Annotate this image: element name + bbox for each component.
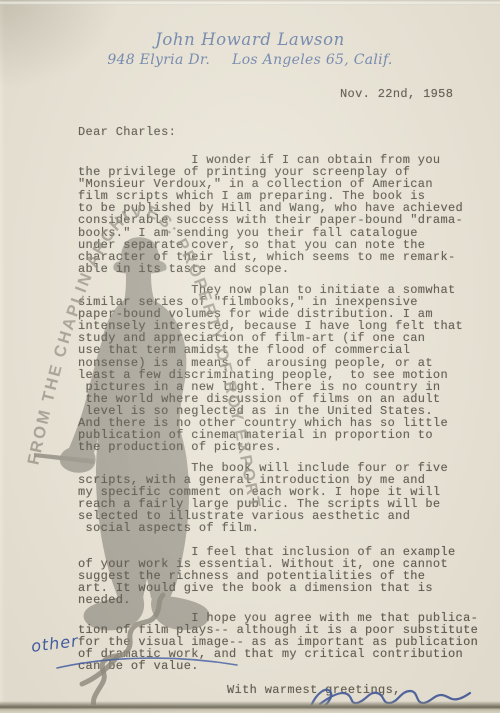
note-underline-swoosh — [57, 658, 237, 668]
paper-bottom-edge — [0, 701, 500, 713]
gray-autograph-scrawl — [82, 595, 163, 710]
watermark-arc-text-container: FROM THE CHAPLIN ARCHIVES: PROPERTY OF R… — [24, 202, 263, 511]
watermark-arc-text: FROM THE CHAPLIN ARCHIVES: PROPERTY OF R… — [24, 202, 263, 511]
letter-page: John Howard Lawson 948 Elyria Dr.Los Ang… — [0, 0, 500, 713]
ink-and-watermark-overlay: FROM THE CHAPLIN ARCHIVES: PROPERTY OF R… — [0, 0, 500, 713]
